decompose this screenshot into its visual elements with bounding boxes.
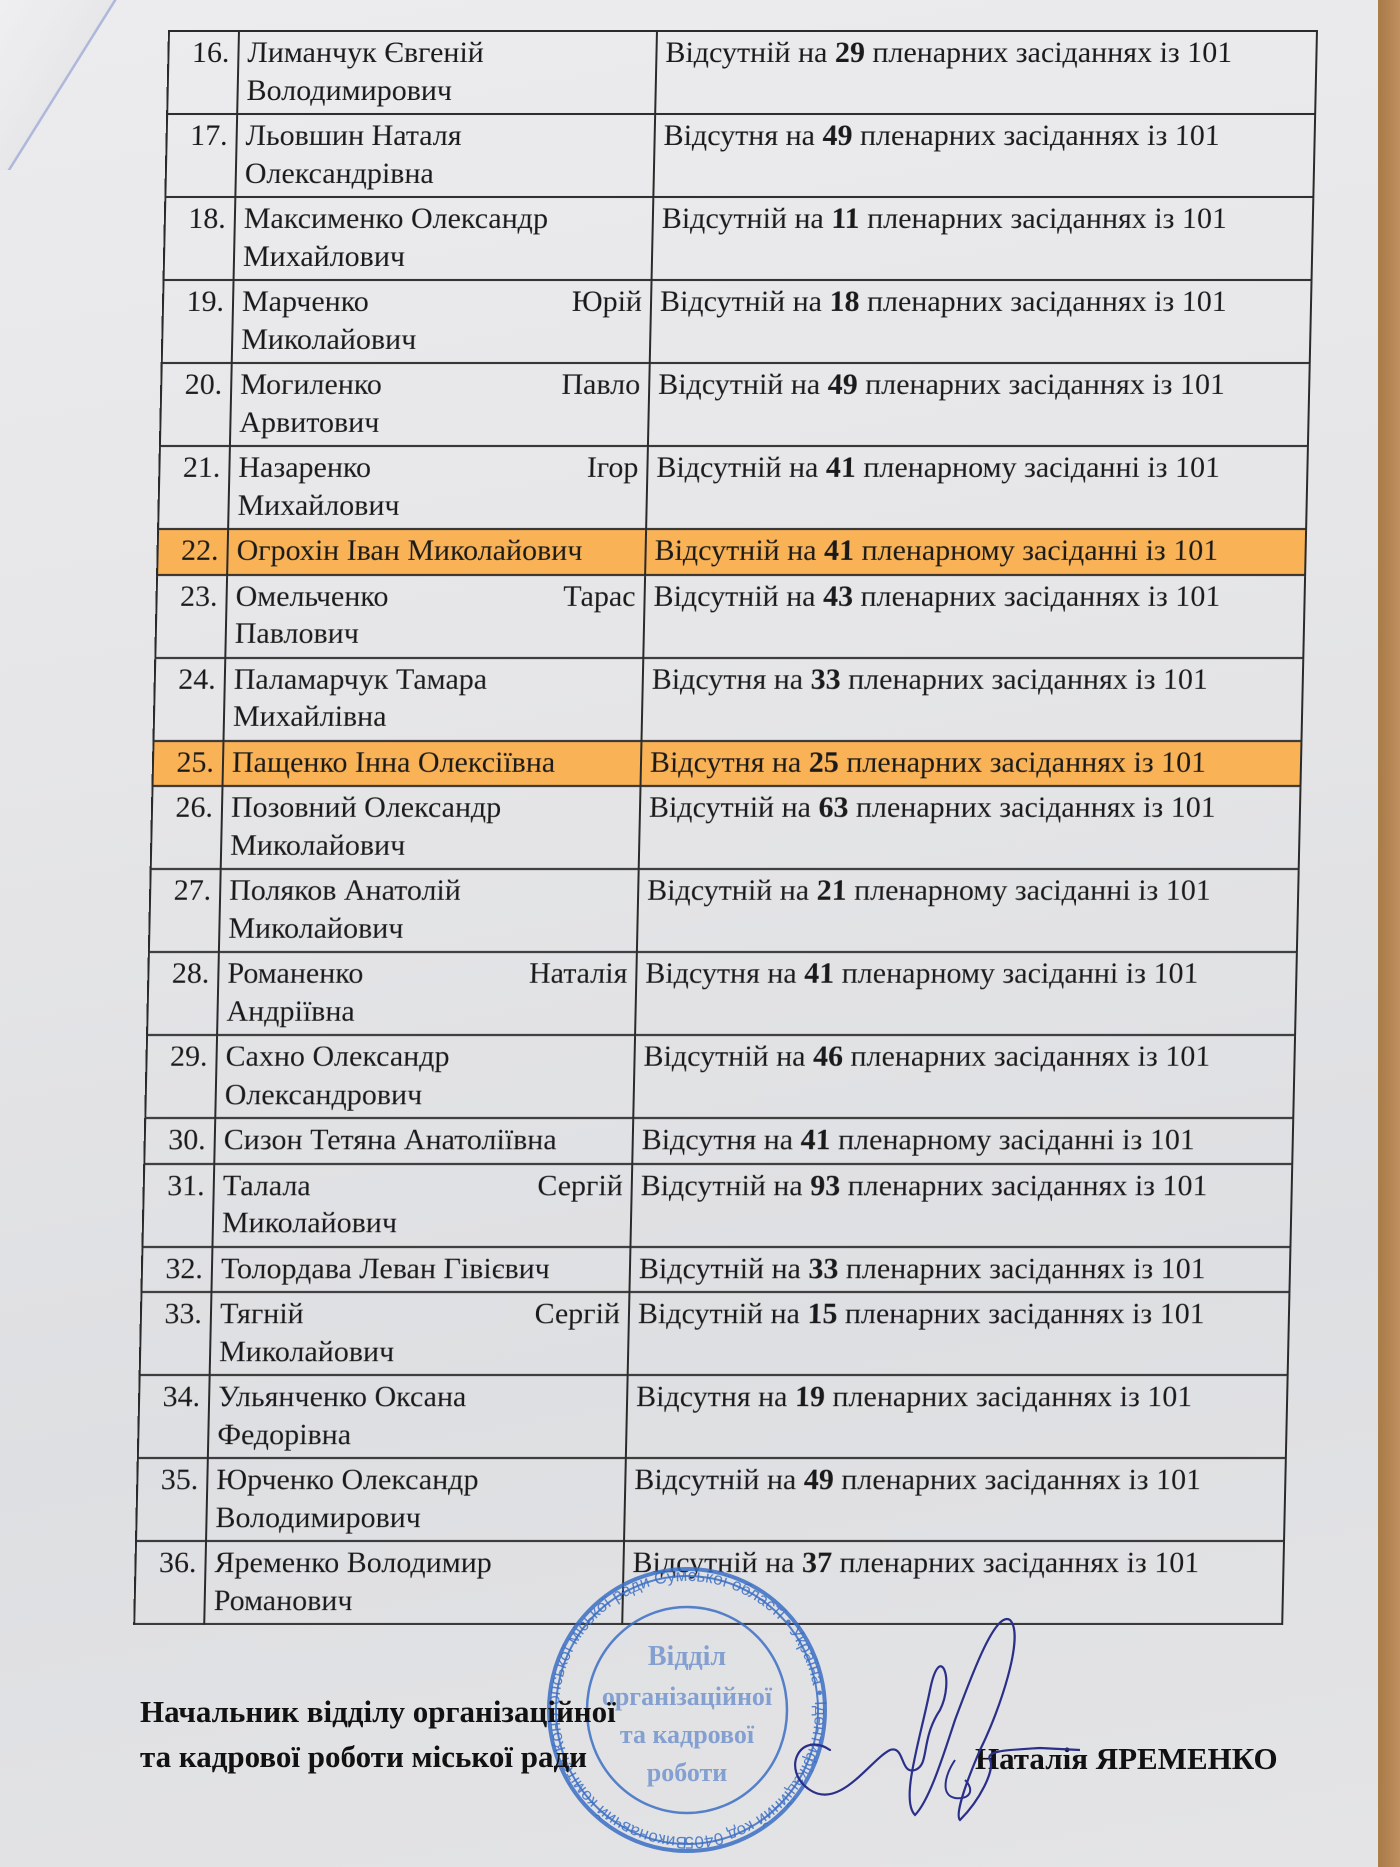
absence-count: 29 — [835, 36, 866, 69]
status-suffix: пленарному засіданні із 101 — [838, 1123, 1195, 1156]
deputy-name-part: Льовшин Наталя — [245, 117, 462, 155]
table-row: 30.Сизон Тетяна АнатоліївнаВідсутня на 4… — [144, 1118, 1293, 1164]
deputy-name-line2: Олександрович — [224, 1076, 625, 1114]
paper-fold-corner — [0, 0, 135, 170]
deputy-name-line2: Миколайович — [228, 910, 629, 948]
row-number: 28. — [147, 952, 219, 1035]
absence-status: Відсутній на 11 пленарних засіданнях із … — [652, 197, 1314, 280]
status-suffix: пленарних засіданнях із 101 — [867, 202, 1228, 235]
attendance-table-container: 16.Лиманчук ЄвгенійВолодимировичВідсутні… — [133, 30, 1318, 1625]
deputy-name-part: Паламарчук Тамара — [233, 661, 487, 699]
attendance-table: 16.Лиманчук ЄвгенійВолодимировичВідсутні… — [133, 30, 1318, 1625]
table-row: 22.Огрохін Іван МиколайовичВідсутній на … — [157, 529, 1306, 575]
deputy-name-part: Лиманчук Євгеній — [247, 34, 484, 72]
deputy-name-part: Тягній — [220, 1295, 305, 1333]
row-number: 35. — [136, 1458, 208, 1541]
absence-status: Відсутній на 46 пленарних засіданнях із … — [633, 1035, 1295, 1118]
row-number: 29. — [145, 1035, 217, 1118]
deputy-name-line1: Поляков Анатолій — [229, 872, 630, 910]
absence-count: 19 — [795, 1380, 826, 1413]
row-number: 16. — [167, 31, 239, 114]
row-number: 33. — [140, 1292, 212, 1375]
absence-count: 25 — [809, 746, 840, 779]
table-row: 35.Юрченко ОлександрВолодимировичВідсутн… — [136, 1458, 1286, 1541]
status-prefix: Відсутня на — [651, 663, 803, 696]
table-row: 33.ТягнійСергійМиколайовичВідсутній на 1… — [140, 1292, 1290, 1375]
deputy-name-line1: Юрченко Олександр — [216, 1461, 617, 1499]
deputy-name-line1: Огрохін Іван Миколайович — [236, 532, 637, 570]
absence-count: 41 — [800, 1123, 831, 1156]
absence-count: 33 — [808, 1252, 839, 1285]
deputy-name: Толордава Леван Гівієвич — [211, 1247, 630, 1293]
row-number: 23. — [155, 575, 227, 658]
absence-status: Відсутній на 41 пленарному засіданні із … — [645, 529, 1306, 575]
deputy-name: ТягнійСергійМиколайович — [210, 1292, 630, 1375]
absence-status: Відсутній на 63 пленарних засіданнях із … — [639, 786, 1301, 869]
deputy-name-line1: ТалалаСергій — [222, 1167, 623, 1205]
deputy-name-line1: Ульянченко Оксана — [218, 1378, 619, 1416]
deputy-name-line2: Володимирович — [246, 72, 647, 110]
status-prefix: Відсутній на — [634, 1463, 797, 1496]
table-row: 28.РоманенкоНаталіяАндріївнаВідсутня на … — [147, 952, 1297, 1035]
absence-count: 43 — [823, 580, 854, 613]
status-prefix: Відсутній на — [638, 1297, 801, 1330]
table-row: 24.Паламарчук ТамараМихайлівнаВідсутня н… — [153, 658, 1303, 741]
deputy-name-line2: Арвитович — [239, 404, 640, 442]
table-row: 21.НазаренкоІгорМихайловичВідсутній на 4… — [158, 446, 1308, 529]
deputy-name-line1: Пащенко Інна Олексіївна — [232, 744, 633, 782]
deputy-name-line2: Миколайович — [230, 827, 631, 865]
deputy-name-line1: ОмельченкоТарас — [235, 578, 636, 616]
table-row: 20.МогиленкоПавлоАрвитовичВідсутній на 4… — [160, 363, 1310, 446]
deputy-name-part: Романенко — [227, 955, 364, 993]
deputy-name-line1: Максименко Олександр — [243, 200, 644, 238]
deputy-name-part: Назаренко — [238, 449, 371, 487]
table-row: 16.Лиманчук ЄвгенійВолодимировичВідсутні… — [167, 31, 1317, 114]
absence-count: 63 — [818, 791, 849, 824]
status-suffix: пленарних засіданнях із 101 — [860, 580, 1221, 613]
status-prefix: Відсутній на — [649, 791, 812, 824]
deputy-name-part: Талала — [222, 1167, 311, 1205]
row-number: 32. — [141, 1247, 212, 1293]
table-row: 31.ТалалаСергійМиколайовичВідсутній на 9… — [142, 1164, 1292, 1247]
deputy-name-line2: Миколайович — [219, 1333, 620, 1371]
row-number: 30. — [144, 1118, 215, 1164]
deputy-name-part: Тарас — [563, 578, 636, 616]
deputy-name-part: Юрченко Олександр — [216, 1461, 479, 1499]
absence-count: 11 — [831, 202, 860, 235]
deputy-name: Поляков АнатолійМиколайович — [219, 869, 639, 952]
absence-count: 49 — [822, 119, 853, 152]
status-prefix: Відсутній на — [654, 534, 817, 567]
status-prefix: Відсутній на — [647, 874, 810, 907]
deputy-name: Лиманчук ЄвгенійВолодимирович — [237, 31, 657, 114]
absence-status: Відсутня на 41 пленарному засіданні із 1… — [635, 952, 1297, 1035]
status-suffix: пленарних засіданнях із 101 — [846, 746, 1207, 779]
absence-status: Відсутній на 18 пленарних засіданнях із … — [650, 280, 1312, 363]
status-prefix: Відсутній на — [639, 1252, 802, 1285]
deputy-name: Максименко ОлександрМихайлович — [234, 197, 654, 280]
row-number: 22. — [157, 529, 228, 575]
table-row: 26.Позовний ОлександрМиколайовичВідсутні… — [151, 786, 1301, 869]
row-number: 27. — [149, 869, 221, 952]
status-suffix: пленарному засіданні із 101 — [841, 957, 1198, 990]
status-suffix: пленарному засіданні із 101 — [863, 451, 1220, 484]
deputy-name: Паламарчук ТамараМихайлівна — [223, 658, 643, 741]
absence-status: Відсутня на 33 пленарних засіданнях із 1… — [641, 658, 1303, 741]
deputy-name-line2: Михайлівна — [233, 698, 634, 736]
deputy-name: Огрохін Іван Миколайович — [227, 529, 646, 575]
absence-count: 21 — [816, 874, 847, 907]
deputy-name-part: Огрохін Іван Миколайович — [236, 532, 583, 570]
status-suffix: пленарних засіданнях із 101 — [845, 1297, 1206, 1330]
status-suffix: пленарних засіданнях із 101 — [848, 663, 1209, 696]
status-suffix: пленарних засіданнях із 101 — [846, 1252, 1207, 1285]
status-prefix: Відсутня на — [641, 1123, 793, 1156]
deputy-name-part: Сергій — [537, 1167, 623, 1205]
status-suffix: пленарних засіданнях із 101 — [847, 1169, 1208, 1202]
deputy-name: НазаренкоІгорМихайлович — [228, 446, 648, 529]
row-number: 36. — [134, 1541, 206, 1624]
deputy-name-line2: Федорівна — [217, 1416, 618, 1454]
deputy-name-part: Наталія — [529, 955, 628, 993]
status-prefix: Відсутній на — [653, 580, 816, 613]
deputy-name-line2: Олександрівна — [244, 155, 645, 193]
absence-count: 49 — [803, 1463, 834, 1496]
deputy-name-line2: Михайлович — [237, 487, 638, 525]
deputy-name: Ульянченко ОксанаФедорівна — [208, 1375, 628, 1458]
deputy-name-part: Сизон Тетяна Анатоліївна — [223, 1121, 557, 1159]
absence-count: 33 — [810, 663, 841, 696]
deputy-name-part: Позовний Олександр — [231, 789, 502, 827]
deputy-name: ОмельченкоТарасПавлович — [225, 575, 645, 658]
absence-count: 41 — [824, 534, 855, 567]
status-suffix: пленарних засіданнях із 101 — [839, 1546, 1200, 1579]
deputy-name-line1: Льовшин Наталя — [245, 117, 646, 155]
status-suffix: пленарних засіданнях із 101 — [850, 1040, 1211, 1073]
deputy-name-part: Ігор — [586, 449, 638, 487]
absence-status: Відсутня на 19 пленарних засіданнях із 1… — [626, 1375, 1288, 1458]
absence-status: Відсутній на 21 пленарному засіданні із … — [637, 869, 1299, 952]
deputy-name-line1: Сизон Тетяна Анатоліївна — [223, 1121, 624, 1159]
deputy-name-line1: ТягнійСергій — [220, 1295, 621, 1333]
absence-count: 18 — [829, 285, 860, 318]
deputy-name: Сизон Тетяна Анатоліївна — [214, 1118, 633, 1164]
table-row: 19.МарченкоЮрійМиколайовичВідсутній на 1… — [162, 280, 1312, 363]
table-row: 32.Толордава Леван ГівієвичВідсутній на … — [141, 1247, 1290, 1293]
absence-status: Відсутній на 15 пленарних засіданнях із … — [628, 1292, 1290, 1375]
signatory-title-line2: та кадрової роботи міської ради — [140, 1735, 616, 1780]
deputy-name-line2: Миколайович — [241, 321, 642, 359]
absence-count: 49 — [827, 368, 858, 401]
deputy-name: МарченкоЮрійМиколайович — [232, 280, 652, 363]
handwritten-signature-icon — [780, 1600, 1080, 1840]
absence-count: 41 — [826, 451, 857, 484]
table-row: 29.Сахно ОлександрОлександровичВідсутній… — [145, 1035, 1295, 1118]
row-number: 17. — [165, 114, 237, 197]
signatory-title-line1: Начальник відділу організаційної — [140, 1690, 616, 1735]
status-suffix: пленарних засіданнях із 101 — [832, 1380, 1193, 1413]
status-suffix: пленарному засіданні із 101 — [861, 534, 1218, 567]
deputy-name-part: Павло — [561, 366, 641, 404]
row-number: 19. — [162, 280, 234, 363]
status-prefix: Відсутня на — [650, 746, 802, 779]
status-suffix: пленарних засіданнях із 101 — [860, 119, 1221, 152]
status-prefix: Відсутній на — [665, 36, 828, 69]
absence-status: Відсутній на 43 пленарних засіданнях із … — [643, 575, 1305, 658]
deputy-name-part: Сахно Олександр — [225, 1038, 450, 1076]
row-number: 31. — [142, 1164, 214, 1247]
deputy-name: ТалалаСергійМиколайович — [212, 1164, 632, 1247]
deputy-name-part: Юрій — [571, 283, 642, 321]
deputy-name-line1: НазаренкоІгор — [238, 449, 639, 487]
row-number: 20. — [160, 363, 232, 446]
row-number: 25. — [153, 741, 224, 787]
deputy-name-line1: МарченкоЮрій — [242, 283, 643, 321]
status-suffix: пленарних засіданнях із 101 — [867, 285, 1228, 318]
deputy-name-line2: Володимирович — [215, 1499, 616, 1537]
stamp-center-line1: Відділ — [648, 1641, 726, 1672]
deputy-name-line2: Миколайович — [222, 1204, 623, 1242]
table-row: 25.Пащенко Інна ОлексіївнаВідсутня на 25… — [153, 741, 1302, 787]
absence-count: 46 — [813, 1040, 844, 1073]
status-prefix: Відсутній на — [656, 451, 819, 484]
absence-count: 41 — [804, 957, 835, 990]
deputy-name-line2: Андріївна — [226, 993, 627, 1031]
deputy-name-part: Омельченко — [235, 578, 389, 616]
deputy-name: РоманенкоНаталіяАндріївна — [217, 952, 637, 1035]
status-suffix: пленарних засіданнях із 101 — [872, 36, 1233, 69]
status-suffix: пленарному засіданні із 101 — [854, 874, 1211, 907]
status-suffix: пленарних засіданнях із 101 — [856, 791, 1217, 824]
absence-status: Відсутній на 41 пленарному засіданні із … — [646, 446, 1308, 529]
signatory-title: Начальник відділу організаційної та кадр… — [140, 1690, 616, 1780]
table-row: 18.Максименко ОлександрМихайловичВідсутн… — [164, 197, 1314, 280]
absence-count: 93 — [810, 1169, 841, 1202]
signature-block: Начальник відділу організаційної та кадр… — [140, 1690, 1340, 1810]
deputy-name-line1: Позовний Олександр — [231, 789, 632, 827]
deputy-name-line1: Паламарчук Тамара — [233, 661, 634, 699]
deputy-name-part: Пащенко Інна Олексіївна — [232, 744, 556, 782]
deputy-name-part: Сергій — [534, 1295, 620, 1333]
absence-count: 15 — [807, 1297, 838, 1330]
absence-status: Відсутня на 41 пленарному засіданні із 1… — [632, 1118, 1293, 1164]
deputy-name-line2: Михайлович — [243, 238, 644, 276]
absence-status: Відсутній на 93 пленарних засіданнях із … — [630, 1164, 1292, 1247]
table-row: 34.Ульянченко ОксанаФедорівнаВідсутня на… — [138, 1375, 1288, 1458]
deputy-name: Юрченко ОлександрВолодимирович — [206, 1458, 626, 1541]
deputy-name: Позовний ОлександрМиколайович — [221, 786, 641, 869]
status-prefix: Відсутній на — [662, 202, 825, 235]
row-number: 26. — [151, 786, 223, 869]
deputy-name: Льовшин НаталяОлександрівна — [235, 114, 655, 197]
row-number: 21. — [158, 446, 230, 529]
deputy-name-line1: Лиманчук Євгеній — [247, 34, 648, 72]
deputy-name-part: Могиленко — [240, 366, 383, 404]
absence-status: Відсутня на 25 пленарних засіданнях із 1… — [641, 741, 1302, 787]
status-prefix: Відсутній на — [658, 368, 821, 401]
deputy-name-part: Яременко Володимир — [214, 1544, 492, 1582]
table-row: 23.ОмельченкоТарасПавловичВідсутній на 4… — [155, 575, 1305, 658]
absence-status: Відсутній на 33 пленарних засіданнях із … — [629, 1247, 1290, 1293]
deputy-name-line1: МогиленкоПавло — [240, 366, 641, 404]
status-suffix: пленарних засіданнях із 101 — [841, 1463, 1202, 1496]
deputy-name-part: Максименко Олександр — [243, 200, 548, 238]
deputy-name-part: Толордава Леван Гівієвич — [221, 1250, 551, 1288]
deputy-name: Пащенко Інна Олексіївна — [223, 741, 642, 787]
attendance-table-body: 16.Лиманчук ЄвгенійВолодимировичВідсутні… — [134, 31, 1317, 1624]
row-number: 24. — [153, 658, 225, 741]
absence-status: Відсутній на 29 пленарних засіданнях із … — [655, 31, 1317, 114]
deputy-name: МогиленкоПавлоАрвитович — [230, 363, 650, 446]
absence-status: Відсутній на 49 пленарних засіданнях із … — [648, 363, 1310, 446]
row-number: 18. — [164, 197, 236, 280]
status-prefix: Відсутній на — [660, 285, 823, 318]
table-row: 27.Поляков АнатолійМиколайовичВідсутній … — [149, 869, 1299, 952]
status-prefix: Відсутній на — [643, 1040, 806, 1073]
deputy-name-part: Ульянченко Оксана — [218, 1378, 467, 1416]
deputy-name-line1: РоманенкоНаталія — [227, 955, 628, 993]
deputy-name-line1: Толордава Леван Гівієвич — [221, 1250, 622, 1288]
status-prefix: Відсутня на — [645, 957, 797, 990]
deputy-name-line2: Павлович — [234, 615, 635, 653]
deputy-name-line1: Сахно Олександр — [225, 1038, 626, 1076]
status-prefix: Відсутня на — [636, 1380, 788, 1413]
status-suffix: пленарних засіданнях із 101 — [865, 368, 1226, 401]
deputy-name-part: Марченко — [242, 283, 370, 321]
row-number: 34. — [138, 1375, 210, 1458]
table-row: 17.Льовшин НаталяОлександрівнаВідсутня н… — [165, 114, 1315, 197]
status-prefix: Відсутня на — [663, 119, 815, 152]
absence-status: Відсутній на 49 пленарних засіданнях із … — [624, 1458, 1286, 1541]
absence-status: Відсутня на 49 пленарних засіданнях із 1… — [653, 114, 1315, 197]
deputy-name-part: Поляков Анатолій — [229, 872, 462, 910]
deputy-name: Сахно ОлександрОлександрович — [215, 1035, 635, 1118]
status-prefix: Відсутній на — [640, 1169, 803, 1202]
